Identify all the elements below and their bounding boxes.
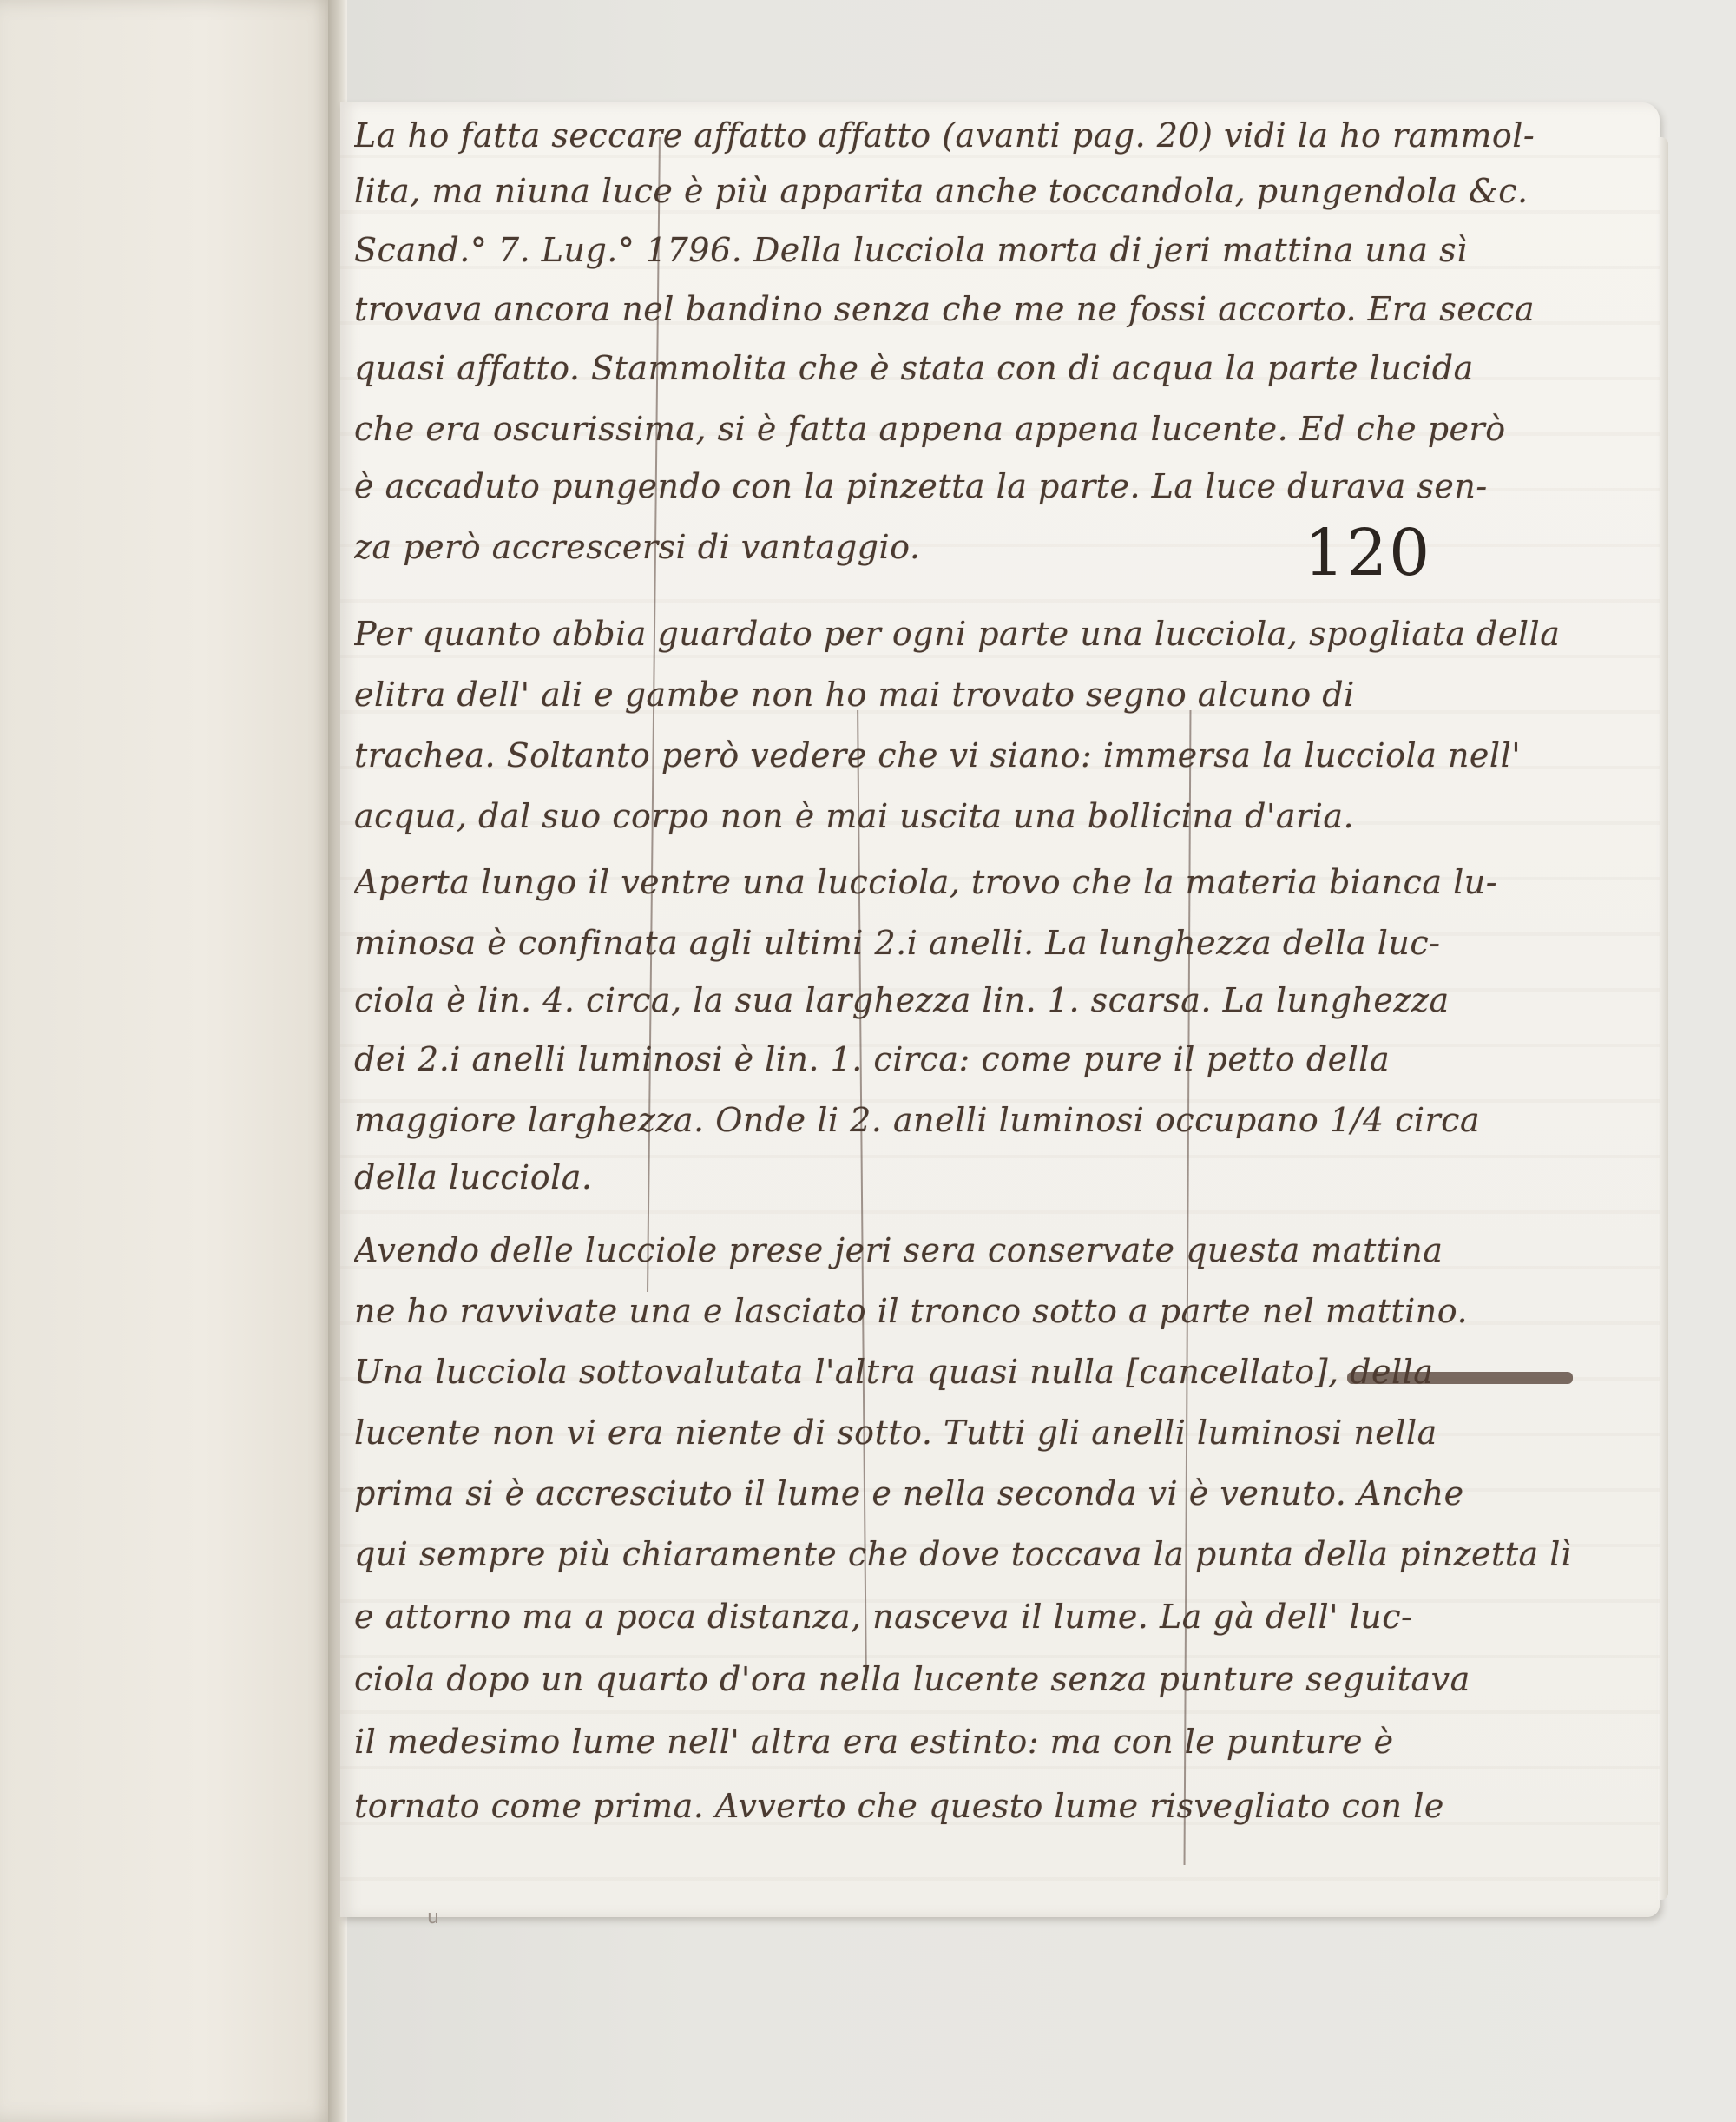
manuscript-line: qui sempre più chiaramente che dove tocc… [354,1535,1642,1573]
left-page-blank [0,0,340,2122]
manuscript-line: elitra dell' ali e gambe non ho mai trov… [354,675,1642,714]
manuscript-text: La ho fatta seccare affatto affatto (ava… [340,102,1660,1917]
manuscript-line: prima si è accresciuto il lume e nella s… [354,1474,1642,1512]
manuscript-line: Scand.° 7. Lug.° 1796. Della lucciola mo… [354,231,1642,269]
manuscript-line: Aperta lungo il ventre una lucciola, tro… [354,863,1642,901]
manuscript-line: lita, ma niuna luce è più apparita anche… [354,172,1642,210]
manuscript-line: è accaduto pungendo con la pinzetta la p… [354,467,1642,505]
manuscript-line: La ho fatta seccare affatto affatto (ava… [354,116,1642,155]
manuscript-line: za però accrescersi di vantaggio. [354,528,965,566]
manuscript-line: dei 2.i anelli luminosi è lin. 1. circa:… [354,1040,1642,1078]
struck-out-word [1347,1372,1573,1384]
manuscript-line: minosa è confinata agli ultimi 2.i anell… [354,924,1642,962]
manuscript-line: trachea. Soltanto però vedere che vi sia… [354,736,1642,774]
pencil-mark: u [427,1907,439,1928]
manuscript-line: della lucciola. [354,1158,705,1196]
manuscript-line: maggiore larghezza. Onde li 2. anelli lu… [354,1101,1642,1139]
manuscript-line: ne ho ravvivate una e lasciato il tronco… [354,1292,1642,1330]
manuscript-line: che era oscurissima, si è fatta appena a… [354,410,1642,448]
manuscript-line: quasi affatto. Stammolita che è stata co… [354,349,1642,387]
manuscript-line: ciola dopo un quarto d'ora nella lucente… [354,1660,1642,1698]
manuscript-line: Per quanto abbia guardato per ogni parte… [354,615,1642,653]
manuscript-line: lucente non vi era niente di sotto. Tutt… [354,1414,1642,1452]
manuscript-line: ciola è lin. 4. circa, la sua larghezza … [354,981,1642,1019]
manuscript-line: trovava ancora nel bandino senza che me … [354,290,1642,328]
manuscript-line: Avendo delle lucciole prese jeri sera co… [354,1231,1642,1269]
manuscript-line: il medesimo lume nell' altra era estinto… [354,1723,1642,1761]
manuscript-line: e attorno ma a poca distanza, nasceva il… [354,1598,1642,1636]
right-page: 120 La ho fatta seccare affatto affatto … [340,102,1660,1917]
manuscript-line: acqua, dal suo corpo non è mai uscita un… [354,797,1642,835]
manuscript-line: tornato come prima. Avverto che questo l… [354,1787,1642,1825]
